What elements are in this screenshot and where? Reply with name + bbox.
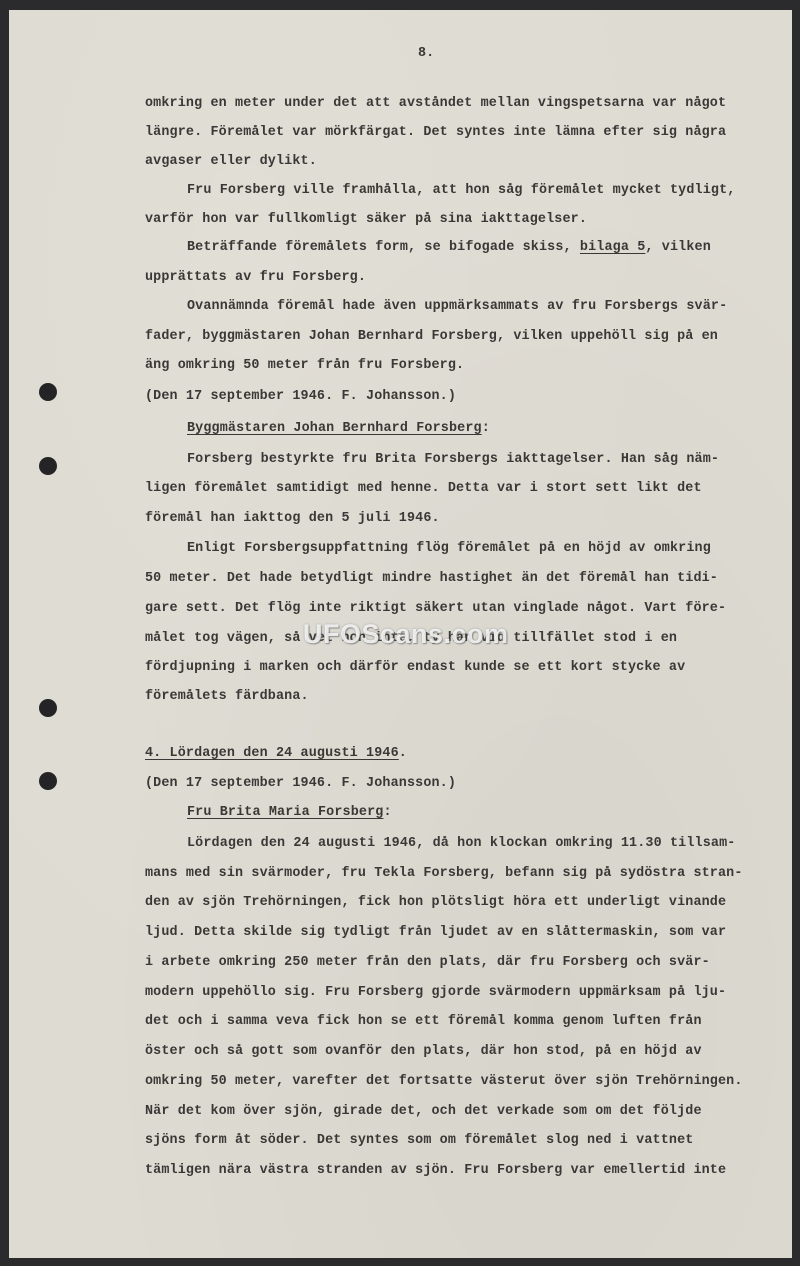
text-line: tämligen nära västra stranden av sjön. F…	[145, 1163, 726, 1178]
binder-hole-4	[39, 772, 57, 790]
binder-hole-3	[39, 699, 57, 717]
text-line: längre. Föremålet var mörkfärgat. Det sy…	[145, 125, 726, 140]
heading-fru-brita-colon: :	[383, 805, 391, 820]
heading-byggmastaren-text: Byggmästaren Johan Bernhard Forsberg	[187, 421, 482, 436]
text-line: gare sett. Det flög inte riktigt säkert …	[145, 601, 726, 616]
text-line: Ovannämnda föremål hade även uppmärksamm…	[187, 299, 727, 314]
heading-byggmastaren-colon: :	[482, 421, 490, 436]
text-line: Lördagen den 24 augusti 1946, då hon klo…	[187, 836, 735, 851]
text-line: Enligt Forsbergsuppfattning flög föremål…	[187, 541, 711, 556]
text-line: fader, byggmästaren Johan Bernhard Forsb…	[145, 329, 718, 344]
text-line: sjöns form åt söder. Det syntes som om f…	[145, 1133, 693, 1148]
text-line: modern uppehöllo sig. Fru Forsberg gjord…	[145, 985, 726, 1000]
text-line: avgaser eller dylikt.	[145, 154, 317, 169]
text-line: fördjupning i marken och därför endast k…	[145, 660, 685, 675]
page-number: 8.	[418, 46, 434, 61]
bilaga-line: Beträffande föremålets form, se bifogade…	[187, 240, 711, 255]
text-line: ligen föremålet samtidigt med henne. Det…	[145, 481, 702, 496]
typewritten-text: 8. omkring en meter under det att avstån…	[0, 0, 16, 195]
text-line: När det kom över sjön, girade det, och d…	[145, 1104, 702, 1119]
text-line: i arbete omkring 250 meter från den plat…	[145, 955, 710, 970]
text-line: 50 meter. Det hade betydligt mindre hast…	[145, 571, 718, 586]
text-line: öster och så gott som ovanför den plats,…	[145, 1044, 702, 1059]
text-line: ljud. Detta skilde sig tydligt från ljud…	[145, 925, 726, 940]
heading-section-4-period: .	[399, 746, 407, 761]
text-line: föremål han iakttog den 5 juli 1946.	[145, 511, 440, 526]
binder-hole-1	[39, 383, 57, 401]
text-line: det och i samma veva fick hon se ett för…	[145, 1014, 702, 1029]
text-line: omkring en meter under det att avståndet…	[145, 96, 726, 111]
heading-fru-brita: Fru Brita Maria Forsberg:	[187, 805, 392, 820]
bilaga-line-text: Beträffande föremålets form, se bifogade…	[187, 240, 580, 255]
text-line: Fru Forsberg ville framhålla, att hon så…	[187, 183, 735, 198]
bilaga-5-reference: bilaga 5	[580, 240, 646, 255]
text-line: den av sjön Trehörningen, fick hon plöts…	[145, 895, 726, 910]
watermark: UFOScans.com	[303, 619, 509, 650]
heading-byggmastaren: Byggmästaren Johan Bernhard Forsberg:	[187, 421, 490, 436]
heading-section-4-text: 4. Lördagen den 24 augusti 1946	[145, 746, 399, 761]
text-line: (Den 17 september 1946. F. Johansson.)	[145, 776, 456, 791]
text-line: varför hon var fullkomligt säker på sina…	[145, 212, 587, 227]
text-line: föremålets färdbana.	[145, 689, 309, 704]
text-line: mans med sin svärmoder, fru Tekla Forsbe…	[145, 866, 743, 881]
text-line: Forsberg bestyrkte fru Brita Forsbergs i…	[187, 452, 719, 467]
text-line: omkring 50 meter, varefter det fortsatte…	[145, 1074, 743, 1089]
text-line: (Den 17 september 1946. F. Johansson.)	[145, 389, 456, 404]
bilaga-line-tail: , vilken	[645, 240, 711, 255]
heading-section-4: 4. Lördagen den 24 augusti 1946.	[145, 746, 407, 761]
text-line: äng omkring 50 meter från fru Forsberg.	[145, 358, 464, 373]
text-line: upprättats av fru Forsberg.	[145, 270, 366, 285]
heading-fru-brita-text: Fru Brita Maria Forsberg	[187, 805, 383, 820]
binder-hole-2	[39, 457, 57, 475]
